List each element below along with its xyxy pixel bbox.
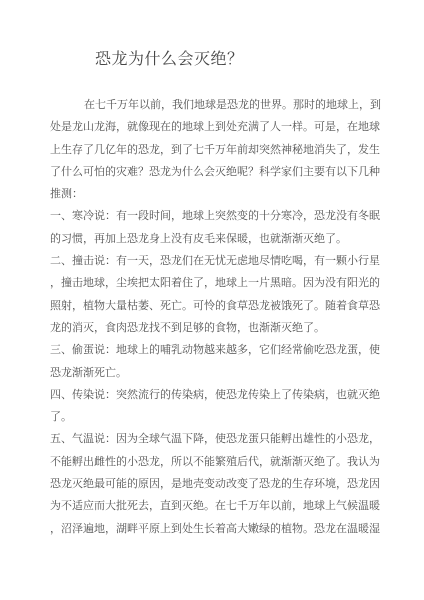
document-page: 恐龙为什么会灭绝？ 在七千万年以前，我们地球是恐龙的世界。那时的地球上，到 处是… bbox=[0, 0, 424, 600]
paragraph-hypothesis-impact: 二、撞击说：有一天，恐龙们在无忧无虑地尽情吃喝，有一颗小行星 ，撞击地球，尘埃把… bbox=[50, 250, 386, 339]
document-body: 在七千万年以前，我们地球是恐龙的世界。那时的地球上，到 处是龙山龙海，就像现在的… bbox=[50, 94, 386, 540]
paragraph-hypothesis-egg-stealing: 三、偷蛋说：地球上的哺乳动物越来越多，它们经常偷吃恐龙蛋，使 恐龙渐渐死亡。 bbox=[50, 339, 386, 384]
document-title: 恐龙为什么会灭绝？ bbox=[95, 50, 244, 70]
paragraph-intro: 在七千万年以前，我们地球是恐龙的世界。那时的地球上，到 处是龙山龙海，就像现在的… bbox=[50, 94, 386, 205]
paragraph-hypothesis-cold: 一、寒冷说：有一段时间，地球上突然变的十分寒冷，恐龙没有冬眠 的习惯，再加上恐龙… bbox=[50, 205, 386, 250]
paragraph-hypothesis-infection: 四、传染说：突然流行的传染病，使恐龙传染上了传染病，也就灭绝 了。 bbox=[50, 384, 386, 429]
paragraph-hypothesis-temperature: 五、气温说：因为全球气温下降，使恐龙蛋只能孵出雄性的小恐龙， 不能孵出雌性的小恐… bbox=[50, 428, 386, 539]
